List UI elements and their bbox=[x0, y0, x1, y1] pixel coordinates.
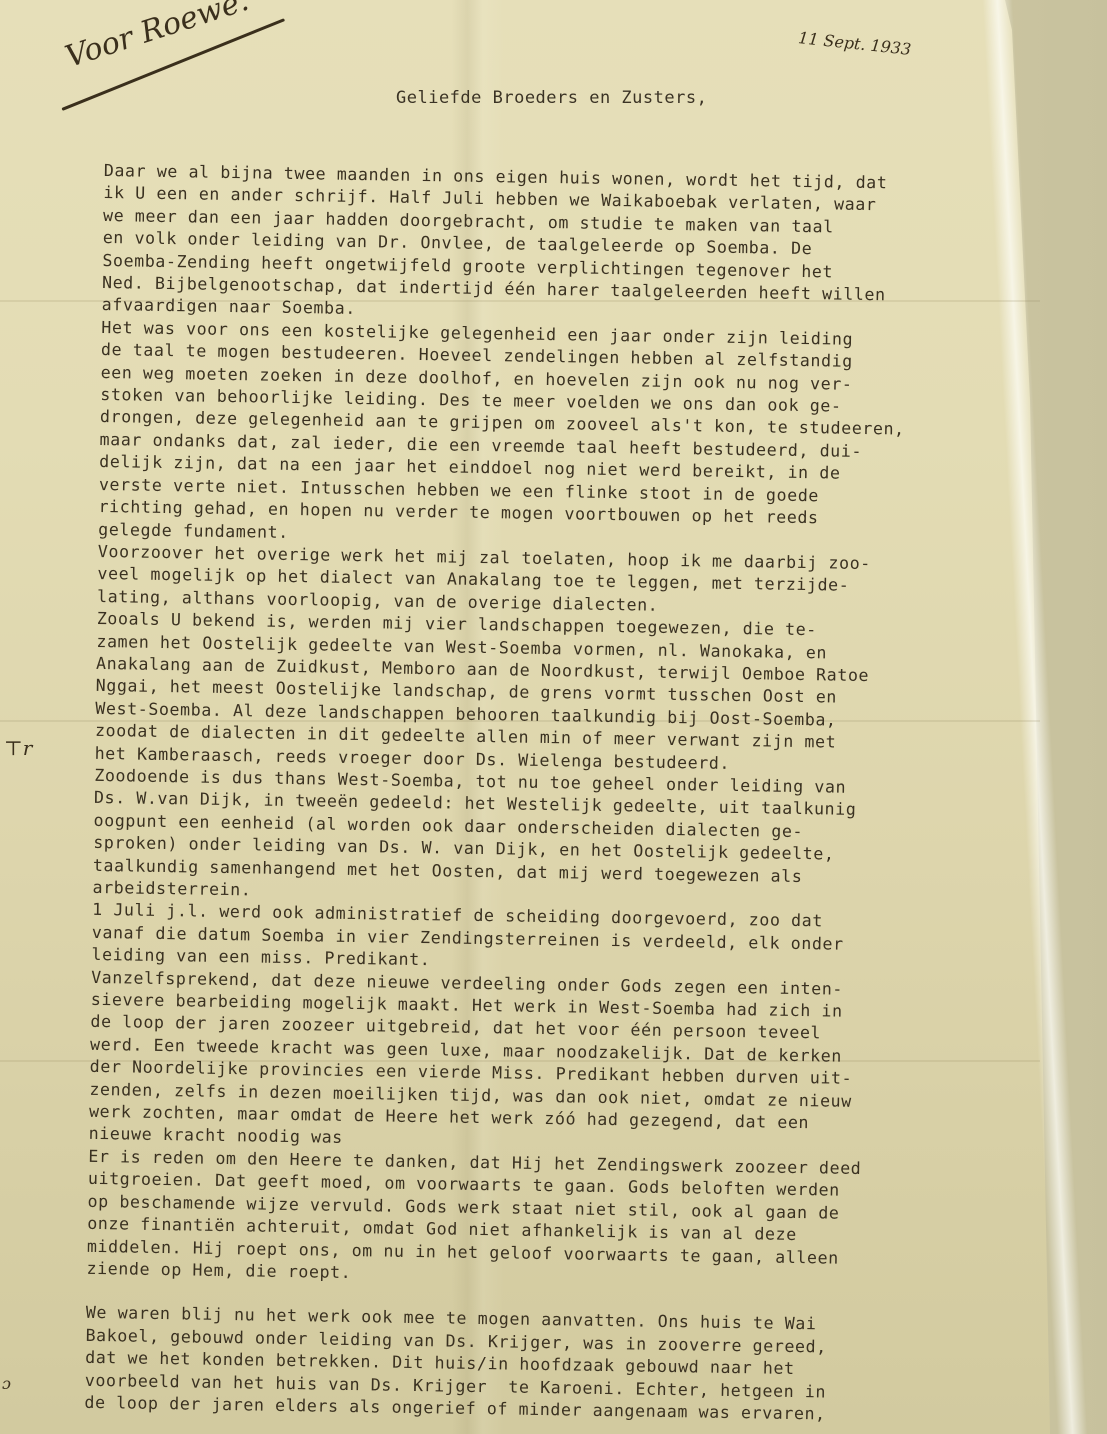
salutation: Geliefde Broeders en Zusters, bbox=[396, 88, 707, 108]
margin-mark: ⊤r bbox=[4, 736, 32, 760]
paragraph-2: We waren blij nu het werk ook mee te mog… bbox=[84, 1302, 1016, 1429]
margin-mark-bottom: ɔ bbox=[2, 1374, 11, 1393]
letter-body: Daar we al bijna twee maanden in ons eig… bbox=[84, 160, 1034, 1429]
paragraph-1: Daar we al bijna twee maanden in ons eig… bbox=[86, 160, 1033, 1295]
